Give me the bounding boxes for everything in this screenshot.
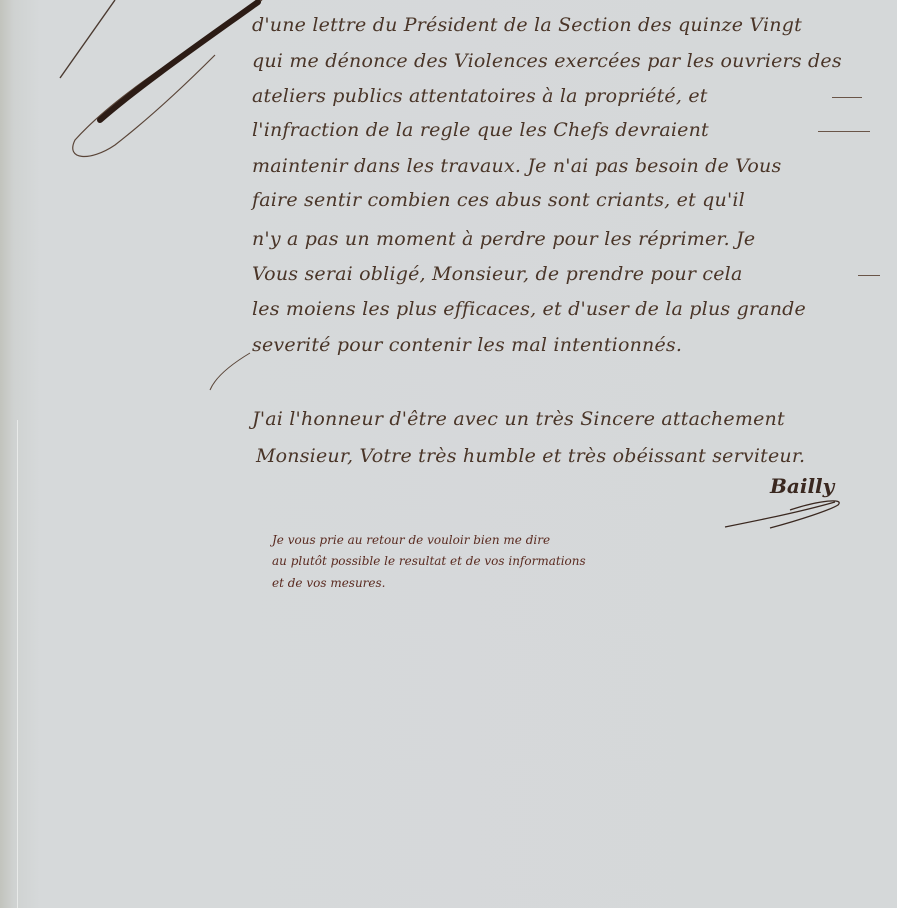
postscript-line: Je vous prie au retour de vouloir bien m… [272, 533, 550, 547]
line-filler-dash [832, 97, 862, 98]
letter-body-line: Vous serai obligé, Monsieur, de prendre … [252, 263, 742, 285]
postscript-line: et de vos mesures. [272, 576, 386, 590]
signature: Bailly [770, 474, 834, 498]
closing-line: J'ai l'honneur d'être avec un très Since… [252, 408, 785, 430]
letter-body-line: severité pour contenir les mal intention… [252, 334, 682, 356]
letter-body-line: les moiens les plus efficaces, et d'user… [252, 298, 806, 320]
closing-line: Monsieur, Votre très humble et très obéi… [256, 445, 805, 467]
line-filler-dash [818, 131, 870, 132]
letter-body-line: maintenir dans les travaux. Je n'ai pas … [252, 155, 781, 177]
letter-body-line: qui me dénonce des Violences exercées pa… [252, 50, 842, 72]
postscript-line: au plutôt possible le resultat et de vos… [272, 554, 586, 568]
letter-body-line: l'infraction de la regle que les Chefs d… [252, 119, 709, 141]
letter-body-line: faire sentir combien ces abus sont crian… [252, 189, 745, 211]
letter-body-line: n'y a pas un moment à perdre pour les ré… [252, 228, 755, 250]
letter-body-line: ateliers publics attentatoires à la prop… [252, 85, 708, 107]
letter-page: d'une lettre du Président de la Section … [0, 0, 897, 908]
letter-body-line: d'une lettre du Président de la Section … [252, 14, 802, 36]
line-filler-dash [858, 275, 880, 276]
